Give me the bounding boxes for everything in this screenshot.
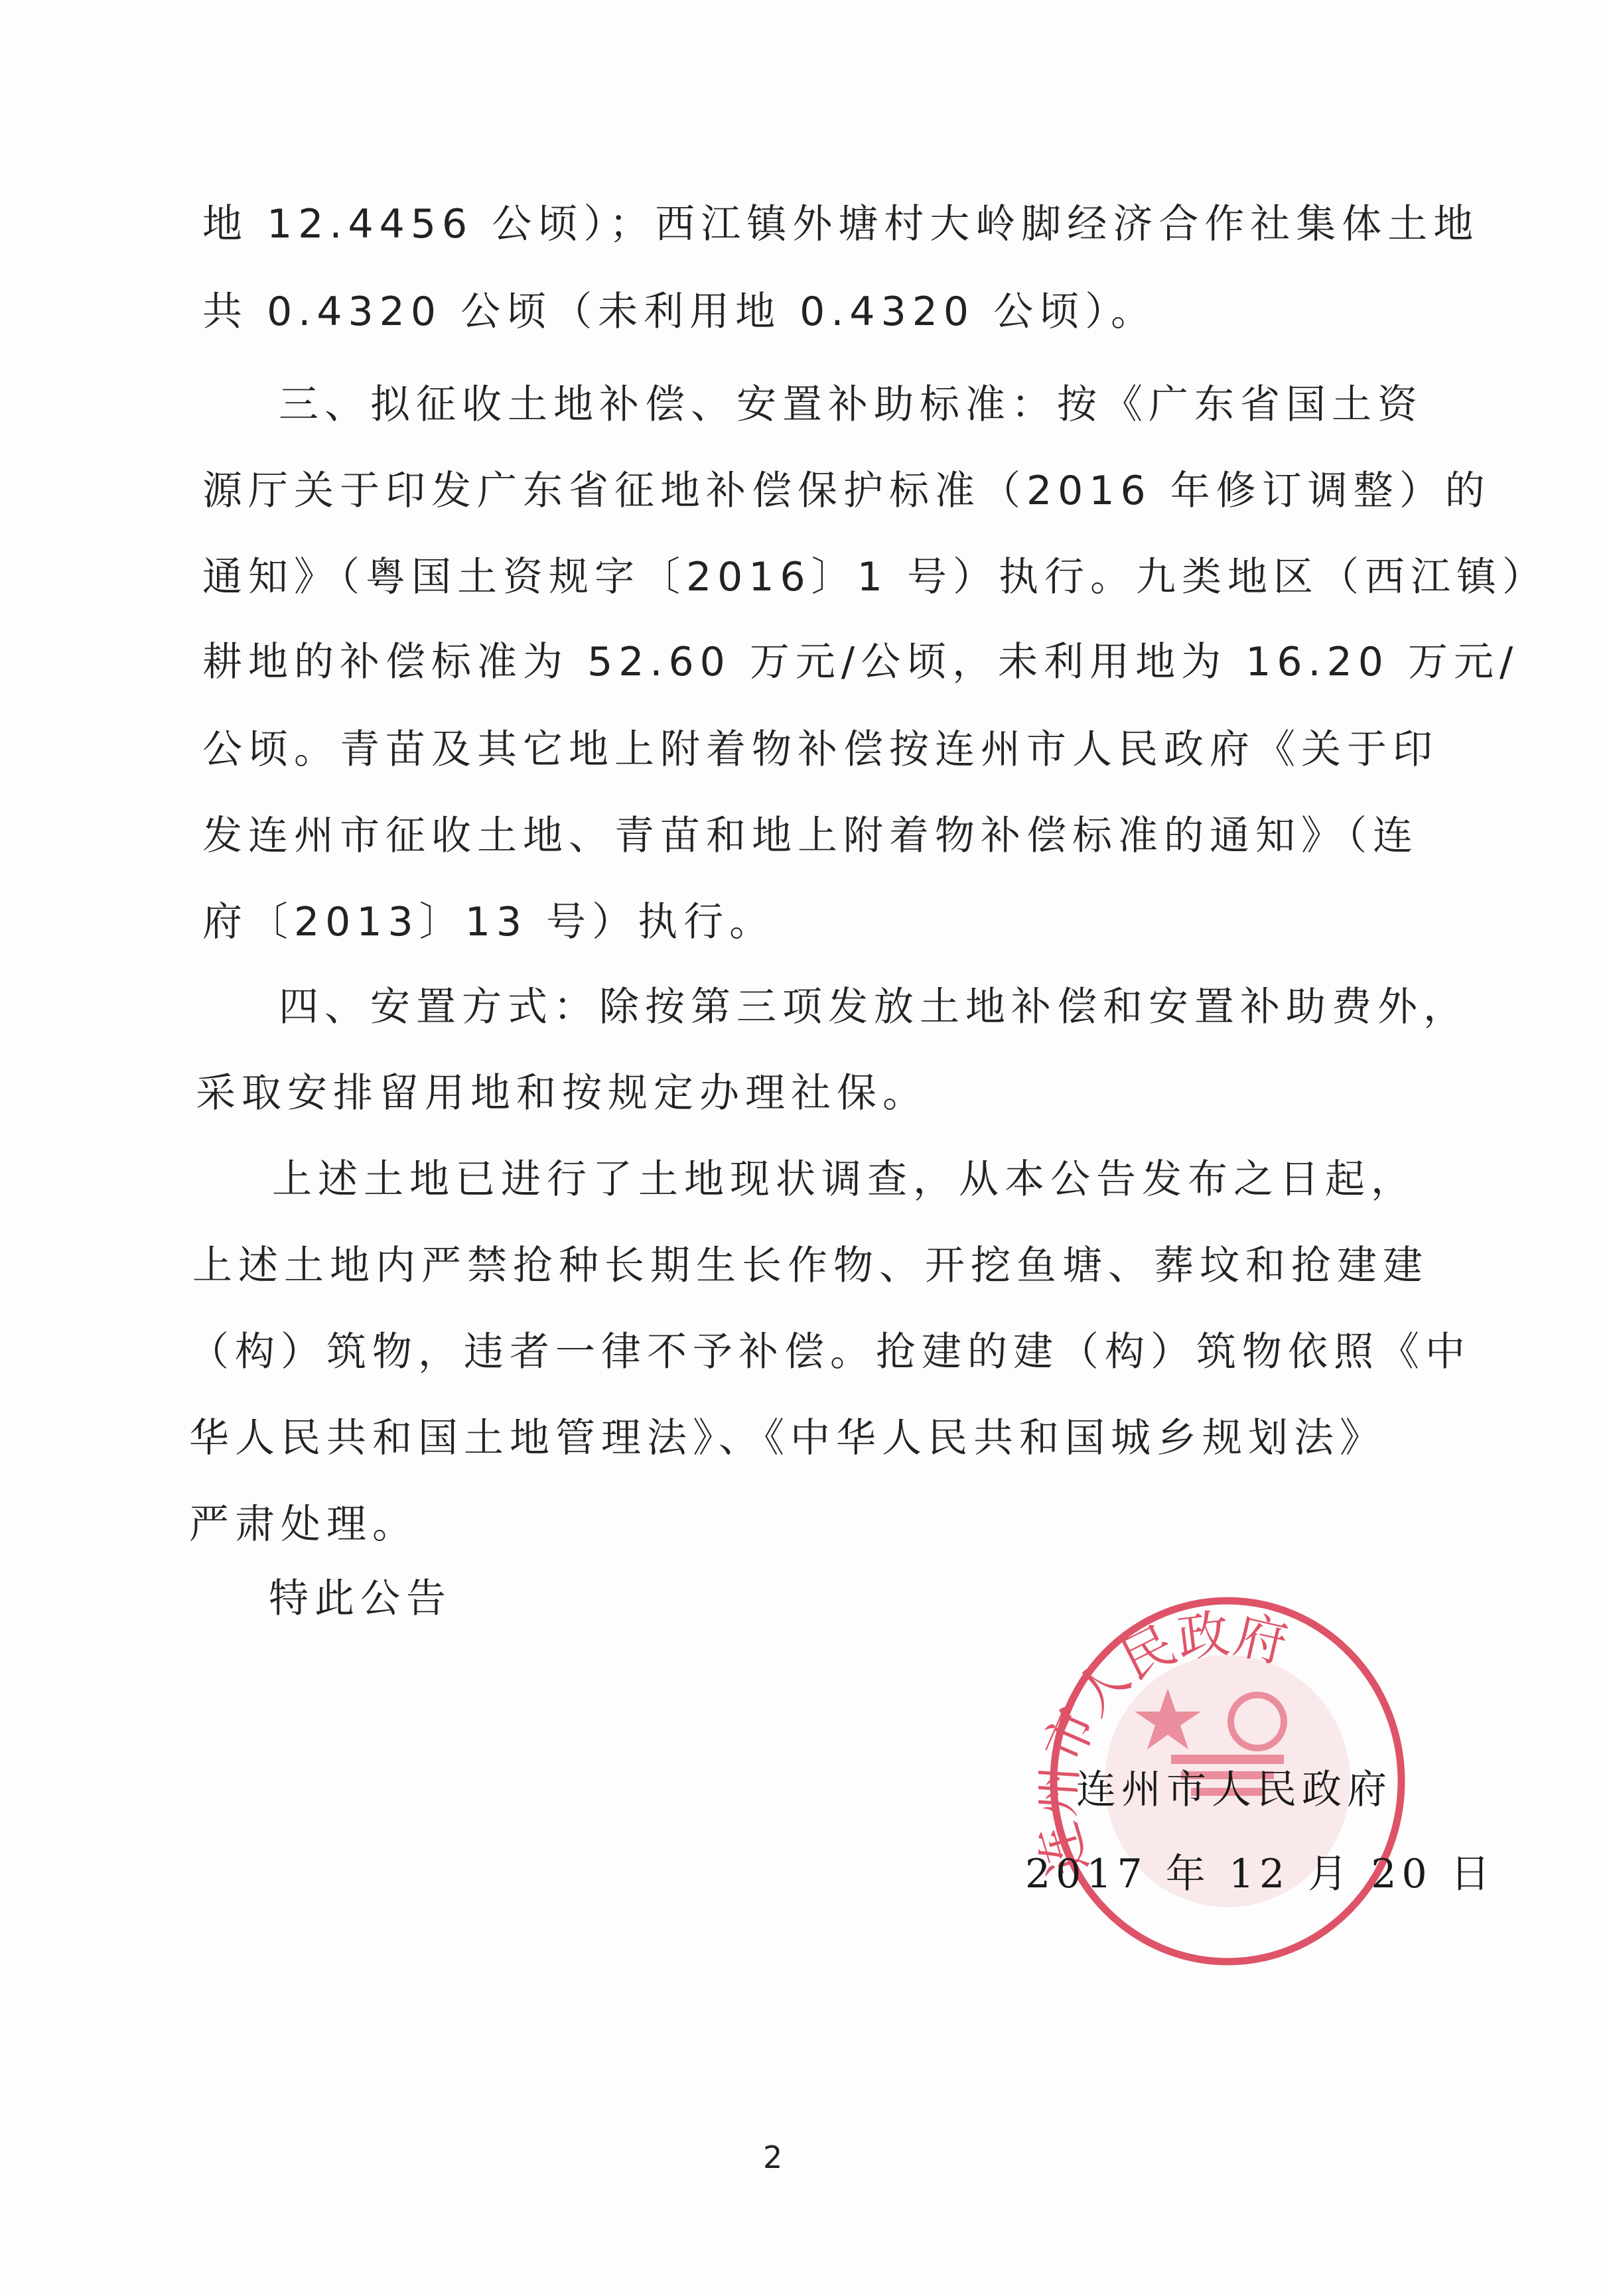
paragraph-line: 严肃处理。 xyxy=(189,1498,418,1551)
section-heading-line: 四、安置方式：除按第三项发放土地补偿和安置补助费外， xyxy=(279,980,1469,1034)
closing-line: 特此公告 xyxy=(269,1572,452,1625)
paragraph-line: 公顷。青苗及其它地上附着物补偿按连州市人民政府《关于印 xyxy=(202,723,1438,776)
paragraph-line: 府〔2013〕13 号）执行。 xyxy=(202,896,775,949)
paragraph-line: 发连州市征收土地、青苗和地上附着物补偿标准的通知》（连 xyxy=(202,809,1419,862)
paragraph-line: 耕地的补偿标准为 52.60 万元/公顷，未利用地为 16.20 万元/ xyxy=(202,636,1519,689)
document-page: 地 12.4456 公顷）；西江镇外塘村大岭脚经济合作社集体土地 共 0.432… xyxy=(0,0,1607,2296)
issue-date: 2017 年 12 月 20 日 xyxy=(1025,1848,1496,1901)
paragraph-line: （构）筑物，违者一律不予补偿。抢建的建（构）筑物依照《中 xyxy=(189,1325,1471,1379)
paragraph-line: 上述土地已进行了土地现状调查，从本公告发布之日起， xyxy=(272,1153,1417,1206)
paragraph-line: 通知》（粤国土资规字〔2016〕1 号）执行。九类地区（西江镇） xyxy=(202,551,1548,604)
section-heading-line: 三、拟征收土地补偿、安置补助标准：按《广东省国土资 xyxy=(279,378,1423,431)
paragraph-line: 源厅关于印发广东省征地补偿保护标准（2016 年修订调整）的 xyxy=(202,464,1491,517)
page-number: 2 xyxy=(763,2139,782,2175)
paragraph-line: 采取安排留用地和按规定办理社保。 xyxy=(196,1067,928,1120)
paragraph-line: 华人民共和国土地管理法》、《中华人民共和国城乡规划法》 xyxy=(189,1412,1385,1465)
paragraph-line: 共 0.4320 公顷（未利用地 0.4320 公顷）。 xyxy=(202,285,1156,338)
paragraph-line: 地 12.4456 公顷）；西江镇外塘村大岭脚经济合作社集体土地 xyxy=(202,198,1479,251)
issuer-name: 连州市人民政府 xyxy=(1076,1763,1392,1816)
paragraph-line: 上述土地内严禁抢种长期生长作物、开挖鱼塘、葬坟和抢建建 xyxy=(192,1239,1429,1292)
